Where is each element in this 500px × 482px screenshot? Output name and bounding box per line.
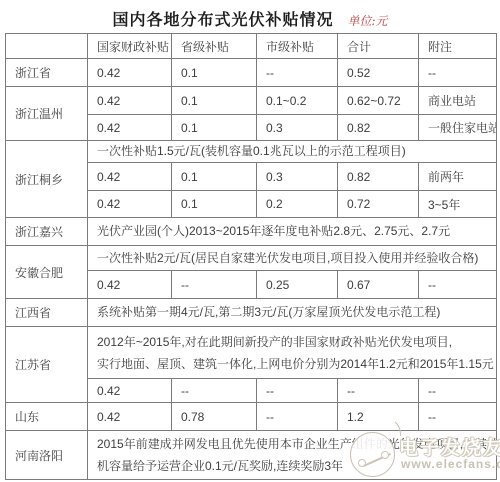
table-row: 浙江桐乡 一次性补贴1.5元/瓦(装机容量0.1兆瓦以上的示范工程项目)	[6, 141, 497, 163]
value-cell: 0.42	[88, 59, 172, 87]
region-label: 浙江桐乡	[6, 141, 88, 218]
region-label: 河南洛阳	[6, 431, 88, 480]
value-cell: --	[419, 271, 497, 299]
value-cell: 前两年	[419, 163, 497, 191]
value-cell: 0.52	[338, 59, 419, 87]
table-row: 江西省 系统补贴第一期4元/瓦,第二期3元/瓦(万家屋顶光伏发电示范工程)	[6, 299, 497, 327]
note-line-2: 实行地面、屋顶、建筑一体化,上网电价分别为2014年1.2元和2015年1.15…	[97, 353, 492, 375]
value-cell: 0.3	[257, 163, 338, 191]
note-line-1: 2012年~2015年,对在此期间新投产的非国家财政补贴光伏发电项目,	[97, 331, 492, 353]
value-cell: --	[419, 403, 497, 431]
region-label: 山东	[6, 403, 88, 431]
value-cell: 商业电站	[419, 87, 497, 115]
value-cell: 0.42	[88, 271, 172, 299]
value-cell: --	[172, 271, 257, 299]
value-cell: 0.82	[338, 163, 419, 191]
header-row: 国家财政补贴 省级补贴 市级补贴 合计 附注	[6, 34, 497, 59]
region-label: 浙江温州	[6, 87, 88, 141]
value-cell: 0.82	[338, 115, 419, 141]
value-cell: 0.2	[257, 191, 338, 218]
value-cell: 0.3	[257, 115, 338, 141]
note-line-2: 机容量给予运营企业0.1元/瓦奖励,连续奖励3年	[97, 455, 492, 477]
note-cell: 2015年前建成并网发电且优先使用本市企业生产组件的光伏发电项目,按其装 机容量…	[88, 431, 497, 480]
table-row: 江苏省 2012年~2015年,对在此期间新投产的非国家财政补贴光伏发电项目, …	[6, 327, 497, 379]
region-label: 江苏省	[6, 327, 88, 403]
value-cell: 0.1	[172, 87, 257, 115]
value-cell: 0.67	[338, 271, 419, 299]
value-cell: 0.42	[88, 163, 172, 191]
value-cell: 0.42	[88, 403, 172, 431]
value-cell: --	[419, 379, 497, 403]
note-cell: 光伏产业园(个人)2013~2015年逐年度电补贴2.8元、2.75元、2.7元	[88, 218, 497, 246]
value-cell: 0.25	[257, 271, 338, 299]
value-cell: 0.1	[172, 163, 257, 191]
region-label: 浙江省	[6, 59, 88, 87]
column-header-national: 国家财政补贴	[88, 34, 172, 59]
note-cell: 系统补贴第一期4元/瓦,第二期3元/瓦(万家屋顶光伏发电示范工程)	[88, 299, 497, 327]
subsidy-table: 国家财政补贴 省级补贴 市级补贴 合计 附注 浙江省 0.42 0.1 -- 0…	[5, 33, 497, 480]
value-cell: 0.42	[88, 115, 172, 141]
value-cell: 1.2	[338, 403, 419, 431]
note-cell: 2012年~2015年,对在此期间新投产的非国家财政补贴光伏发电项目, 实行地面…	[88, 327, 497, 379]
value-cell: --	[419, 59, 497, 87]
value-cell: 0.1	[172, 191, 257, 218]
value-cell: 0.1~0.2	[257, 87, 338, 115]
region-label: 江西省	[6, 299, 88, 327]
note-line-1: 2015年前建成并网发电且优先使用本市企业生产组件的光伏发电项目,按其装	[97, 433, 492, 455]
value-cell: 0.78	[172, 403, 257, 431]
title-row: 国内各地分布式光伏补贴情况单位:元	[0, 7, 500, 30]
value-cell: 0.42	[88, 87, 172, 115]
column-header-province: 省级补贴	[172, 34, 257, 59]
column-header-empty	[6, 34, 88, 59]
column-header-notes: 附注	[419, 34, 497, 59]
value-cell: 0.62~0.72	[338, 87, 419, 115]
page: 国内各地分布式光伏补贴情况单位:元 国家财政补贴 省级补贴 市级补贴 合计 附注…	[0, 0, 500, 482]
note-cell: 一次性补贴2元/瓦(居民自家建光伏发电项目,项目投入使用并经验收合格)	[88, 246, 497, 271]
value-cell: 0.42	[88, 191, 172, 218]
value-cell: 3~5年	[419, 191, 497, 218]
value-cell: --	[172, 379, 257, 403]
column-header-city: 市级补贴	[257, 34, 338, 59]
value-cell: --	[338, 379, 419, 403]
value-cell: --	[257, 379, 338, 403]
value-cell: 0.1	[172, 115, 257, 141]
page-title: 国内各地分布式光伏补贴情况	[112, 7, 333, 30]
table-row: 山东 0.42 0.78 -- 1.2 --	[6, 403, 497, 431]
table-row: 安徽合肥 一次性补贴2元/瓦(居民自家建光伏发电项目,项目投入使用并经验收合格)	[6, 246, 497, 271]
table-row: 河南洛阳 2015年前建成并网发电且优先使用本市企业生产组件的光伏发电项目,按其…	[6, 431, 497, 480]
region-label: 安徽合肥	[6, 246, 88, 299]
note-cell: 一次性补贴1.5元/瓦(装机容量0.1兆瓦以上的示范工程项目)	[88, 141, 497, 163]
table-row: 浙江温州 0.42 0.1 0.1~0.2 0.62~0.72 商业电站	[6, 87, 497, 115]
region-label: 浙江嘉兴	[6, 218, 88, 246]
value-cell: 0.42	[88, 379, 172, 403]
table-row: 浙江省 0.42 0.1 -- 0.52 --	[6, 59, 497, 87]
value-cell: --	[257, 403, 338, 431]
value-cell: 0.72	[338, 191, 419, 218]
column-header-total: 合计	[338, 34, 419, 59]
value-cell: 0.1	[172, 59, 257, 87]
value-cell: 一般住家电站	[419, 115, 497, 141]
value-cell: --	[257, 59, 338, 87]
table-row: 浙江嘉兴 光伏产业园(个人)2013~2015年逐年度电补贴2.8元、2.75元…	[6, 218, 497, 246]
unit-label: 单位:元	[347, 12, 387, 29]
